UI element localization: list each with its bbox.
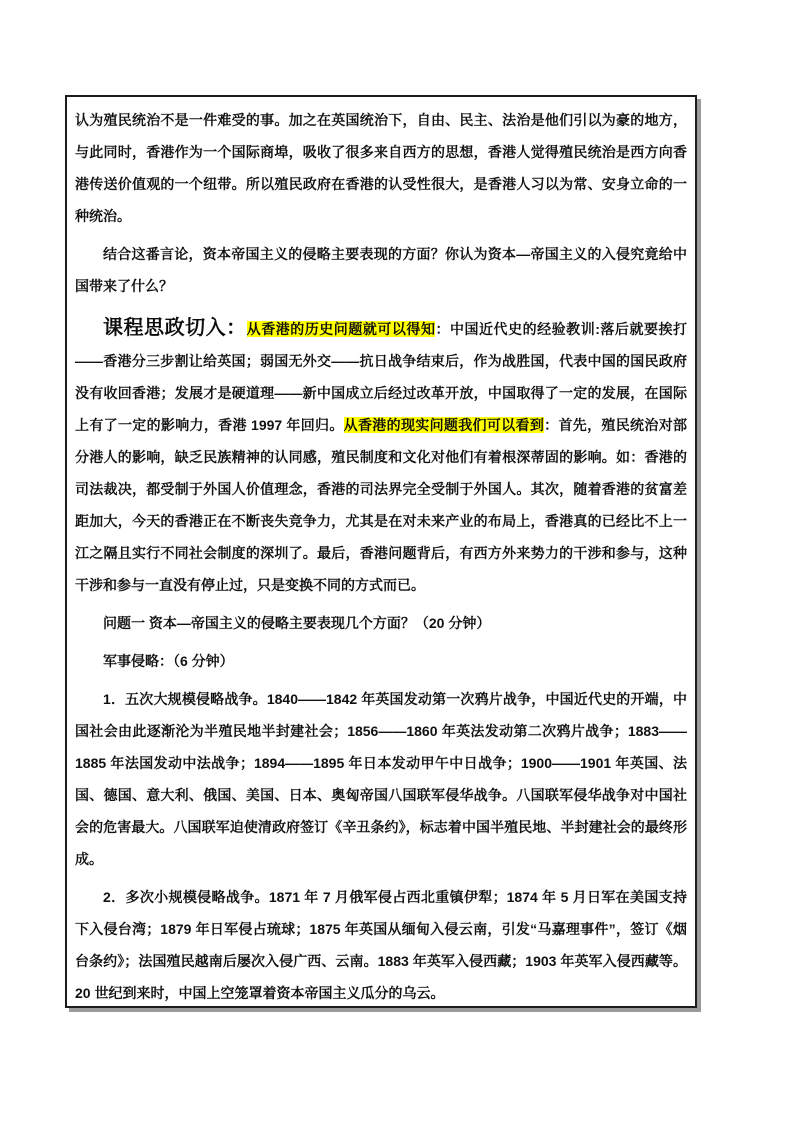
paragraph-item-2-small-wars: 2．多次小规模侵略战争。1871 年 7 月俄军侵占西北重镇伊犁；1874 年 … [75,881,687,1008]
section-lead-label: 课程思政切入： [103,317,247,339]
highlighted-history-phrase: 从香港的历史问题就可以得知 [247,321,436,337]
paragraph-military-aggression-heading: 军事侵略：（6 分钟） [75,645,687,677]
bordered-text-cell: 认为殖民统治不是一件难受的事。加之在英国统治下，自由、民主、法治是他们引以为豪的… [65,95,697,1008]
paragraph-item-1-large-wars: 1．五次大规模侵略战争。1840——1842 年英国发动第一次鸦片战争，中国近代… [75,683,687,875]
paragraph-colonial-rule-continuation: 认为殖民统治不是一件难受的事。加之在英国统治下，自由、民主、法治是他们引以为豪的… [75,104,687,232]
paragraph-question-one-heading: 问题一 资本—帝国主义的侵略主要表现几个方面？（20 分钟） [75,607,687,639]
highlighted-reality-phrase: 从香港的现实问题我们可以看到 [344,417,544,433]
paragraph-discussion-question: 结合这番言论，资本帝国主义的侵略主要表现的方面？你认为资本—帝国主义的入侵究竟给… [75,238,687,302]
paragraph-ideology-section: 课程思政切入：从香港的历史问题就可以得知：中国近代史的经验教训:落后就要挨打——… [75,312,687,601]
text-run-reality: ：首先，殖民统治对部分港人的影响，缺乏民族精神的认同感，殖民制度和文化对他们有着… [75,417,687,593]
